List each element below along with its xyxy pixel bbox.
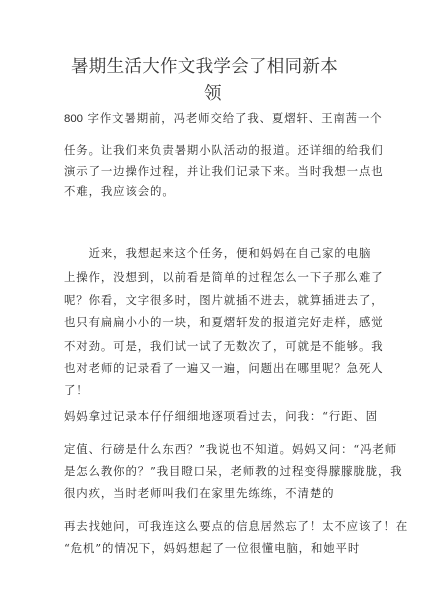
document-title-continued: 领 <box>204 80 222 105</box>
paragraph-line: 不对劲。可是，我们试一试了无数次了，可就是不能够。我 <box>64 339 384 353</box>
paragraph-line: 了！ <box>64 383 89 397</box>
paragraph-line: 演示了一边操作过程，并让我们记录下来。当时我想一点也 <box>64 164 384 178</box>
word-count: 800 <box>64 113 83 125</box>
document-title: 暑期生活大作文我学会了相同新本 <box>71 57 316 77</box>
paragraph-line: 定值、行磅是什么东西？”我说也不知道。妈妈又问：“冯老师 <box>64 442 397 456</box>
paragraph-line: 也只有扁扁小小的一块，和夏熠轩发的报道完好走样，感觉 <box>64 315 384 329</box>
paragraph-line: “危机”的情况下，妈妈想起了一位很懂电脑，和她平时 <box>64 541 360 555</box>
paragraph-line: 呢？你看，文字很多时，图片就插不进去，就算插进去了， <box>64 293 384 307</box>
paragraph-line: 上操作，没想到，以前看是简单的过程怎么一下子那么难了 <box>64 270 384 284</box>
paragraph-line: 很内疚，当时老师叫我们在家里先练练，不清楚的 <box>64 486 334 500</box>
paragraph-line: 再去找她问，可我连这么要点的信息居然忘了！太不应该了！在 <box>64 519 408 533</box>
paragraph-line: 任务。让我们来负责暑期小队活动的报道。还详细的给我们 <box>64 143 384 157</box>
paragraph-line: 是怎么教你的？”我目瞪口呆，老师教的过程变得朦朦胧胧，我 <box>64 464 403 478</box>
paragraph-line: 800 字作文暑期前，冯老师交给了我、夏熠轩、王南茜一个 <box>64 111 383 126</box>
paragraph-line: 近来，我想起来这个任务，便和妈妈在自己家的电脑 <box>64 246 371 260</box>
paragraph-line: 也对老师的记录看了一遍又一遍，问题出在哪里呢？急死人 <box>64 361 384 375</box>
paragraph-line: 不难，我应该会的。 <box>64 184 175 198</box>
paragraph-line: 妈妈拿过记录本仔仔细细地逐项看过去，问我：“行距、固 <box>64 409 378 423</box>
